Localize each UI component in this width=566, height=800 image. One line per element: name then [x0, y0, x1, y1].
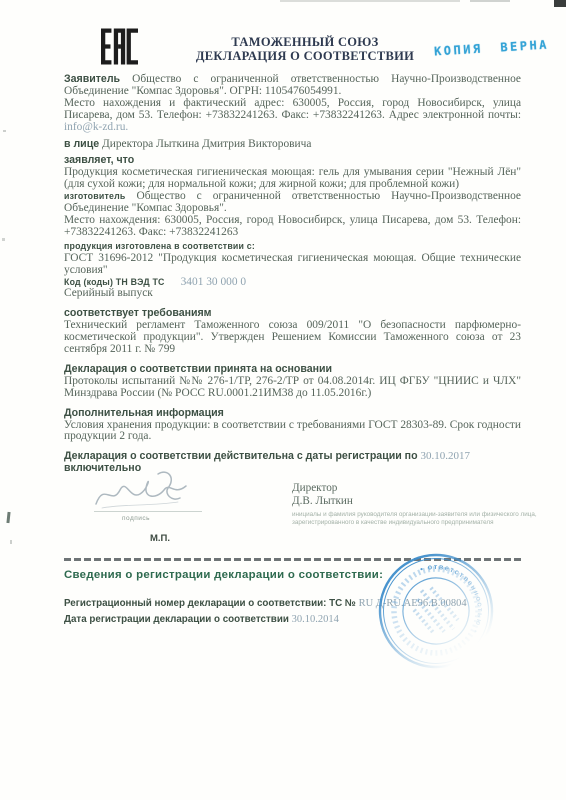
applicant-label: Заявитель: [64, 73, 120, 85]
compliance-text: Технический регламент Таможенного союза …: [64, 320, 521, 356]
signatory-position: Директор: [292, 482, 554, 495]
manufacturer-address: Место нахождения: 630005, Россия, город …: [64, 215, 521, 239]
signature-block: подпись М.П. Директор Д.В. Лыткин инициа…: [64, 480, 521, 554]
applicant-paragraph: Заявитель Общество с ограниченной ответс…: [64, 74, 521, 98]
validity-label: Декларация о соответствии действительна …: [64, 450, 418, 462]
scan-artifact: [3, 130, 6, 132]
manufacturer-text: Общество с ограниченной ответственностью…: [64, 190, 521, 214]
manufacturer-paragraph: изготовитель Общество с ограниченной отв…: [64, 191, 521, 215]
applicant-text: Общество с ограниченной ответственностью…: [64, 73, 521, 97]
scan-artifact: [470, 0, 510, 2]
round-company-seal: • ответственностью •: [375, 550, 497, 672]
scan-artifact: [2, 238, 5, 241]
handwritten-signature: [92, 468, 222, 514]
basis-text: Протоколы испытаний №№ 276-1/ТР, 276-2/Т…: [64, 376, 521, 400]
standard-reference: ГОСТ 31696-2012 "Продукция косметическая…: [64, 253, 521, 277]
additional-info-text: Условия хранения продукции: в соответств…: [64, 420, 521, 444]
signatory-name: Д.В. Лыткин: [292, 495, 554, 508]
registration-date-value: 30.10.2014: [292, 614, 339, 625]
signatory-note: инициалы и фамилия руководителя организа…: [292, 511, 554, 526]
applicant-address: Место нахождения и фактический адрес: 63…: [64, 98, 521, 134]
title-line-1: ТАМОЖЕННЫЙ СОЮЗ: [168, 36, 442, 50]
additional-info-heading: Дополнительная информация: [64, 408, 521, 420]
tnved-label: Код (коды) ТН ВЭД ТС: [64, 277, 165, 287]
validity-date: 30.10.2017: [421, 450, 471, 462]
title-line-2: ДЕКЛАРАЦИЯ О СООТВЕТСТВИИ: [168, 50, 442, 64]
scan-artifact: [554, 0, 566, 7]
seal-place-mark: М.П.: [150, 533, 170, 545]
signatory-details: Директор Д.В. Лыткин инициалы и фамилия …: [292, 482, 554, 526]
product-description: Продукция косметическая гигиеническая мо…: [64, 167, 521, 191]
in-person-text: Директора Лыткина Дмитрия Викторовича: [102, 138, 311, 150]
applicant-email: info@k-zd.ru.: [64, 121, 128, 133]
scan-artifact: [10, 540, 12, 544]
signature-caption: подпись: [122, 513, 150, 525]
scan-artifact: [6, 512, 10, 523]
document-title: ТАМОЖЕННЫЙ СОЮЗ ДЕКЛАРАЦИЯ О СООТВЕТСТВИ…: [168, 36, 442, 63]
issue-type: Серийный выпуск: [64, 288, 521, 300]
registration-date-label: Дата регистрации декларации о соответств…: [64, 614, 289, 625]
document-body: Заявитель Общество с ограниченной ответс…: [64, 74, 521, 626]
scanned-declaration-page: ТАМОЖЕННЫЙ СОЮЗ ДЕКЛАРАЦИЯ О СООТВЕТСТВИ…: [0, 0, 566, 800]
in-person-line: в лице Директора Лыткина Дмитрия Викторо…: [64, 139, 521, 151]
eac-conformity-mark-icon: [101, 27, 138, 71]
in-person-label: в лице: [64, 138, 99, 150]
tnved-value: 3401 30 000 0: [181, 276, 247, 288]
copy-verified-stamp: КОПИЯ ВЕРНА: [434, 38, 550, 59]
registration-number-label: Регистрационный номер декларации о соотв…: [64, 598, 356, 609]
accordance-label: продукция изготовлена в соответствии с:: [64, 241, 521, 253]
manufacturer-label: изготовитель: [64, 191, 125, 201]
signature-line: [94, 511, 202, 512]
scan-artifact: [280, 0, 460, 2]
applicant-address-text: Место нахождения и фактический адрес: 63…: [64, 97, 521, 121]
